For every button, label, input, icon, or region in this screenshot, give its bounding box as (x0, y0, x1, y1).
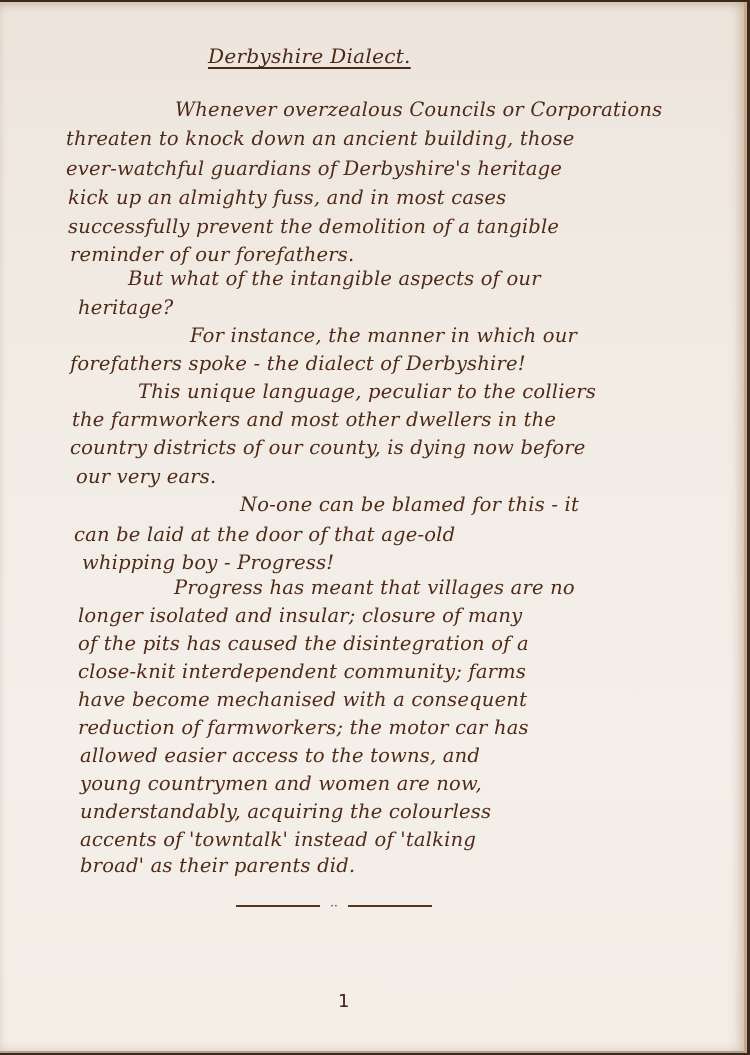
text-line: can be laid at the door of that age-old (74, 523, 455, 546)
text-line: forefathers spoke - the dialect of Derby… (70, 352, 526, 375)
text-line: ever-watchful guardians of Derbyshire's … (66, 157, 562, 180)
text-line: close-knit interdependent community; far… (78, 660, 526, 683)
text-line: For instance, the manner in which our (190, 324, 577, 347)
text-line: Whenever overzealous Councils or Corpora… (175, 98, 662, 121)
text-line: accents of 'towntalk' instead of 'talkin… (80, 828, 476, 851)
text-line: the farmworkers and most other dwellers … (72, 408, 556, 431)
text-line: our very ears. (76, 465, 216, 488)
text-line: But what of the intangible aspects of ou… (128, 267, 541, 290)
text-line: whipping boy - Progress! (82, 551, 334, 574)
text-line: of the pits has caused the disintegratio… (78, 632, 529, 655)
text-line: heritage? (78, 296, 173, 319)
text-line: threaten to knock down an ancient buildi… (66, 127, 575, 150)
page-number: 1 (338, 991, 349, 1012)
text-line: longer isolated and insular; closure of … (78, 604, 522, 627)
text-line: kick up an almighty fuss, and in most ca… (68, 186, 506, 209)
text-line: successfully prevent the demolition of a… (68, 215, 559, 238)
text-line: allowed easier access to the towns, and (80, 744, 480, 767)
text-line: This unique language, peculiar to the co… (138, 380, 596, 403)
text-line: reminder of our forefathers. (70, 243, 354, 266)
text-line: young countrymen and women are now, (80, 772, 482, 795)
text-line: No-one can be blamed for this - it (240, 493, 579, 516)
text-line: broad' as their parents did. (80, 854, 355, 877)
text-line: have become mechanised with a consequent (78, 688, 527, 711)
text-line: country districts of our county, is dyin… (70, 436, 586, 459)
text-line: Progress has meant that villages are no (174, 576, 575, 599)
divider-dots: ·· (330, 903, 338, 909)
section-divider: ·· (236, 903, 432, 909)
text-line: understandably, acquiring the colourless (80, 800, 491, 823)
document-page: Derbyshire Dialect. Whenever overzealous… (0, 2, 747, 1053)
divider-dash-right (348, 905, 432, 907)
divider-dash-left (236, 905, 320, 907)
text-line: reduction of farmworkers; the motor car … (78, 716, 529, 739)
document-title: Derbyshire Dialect. (208, 44, 411, 68)
